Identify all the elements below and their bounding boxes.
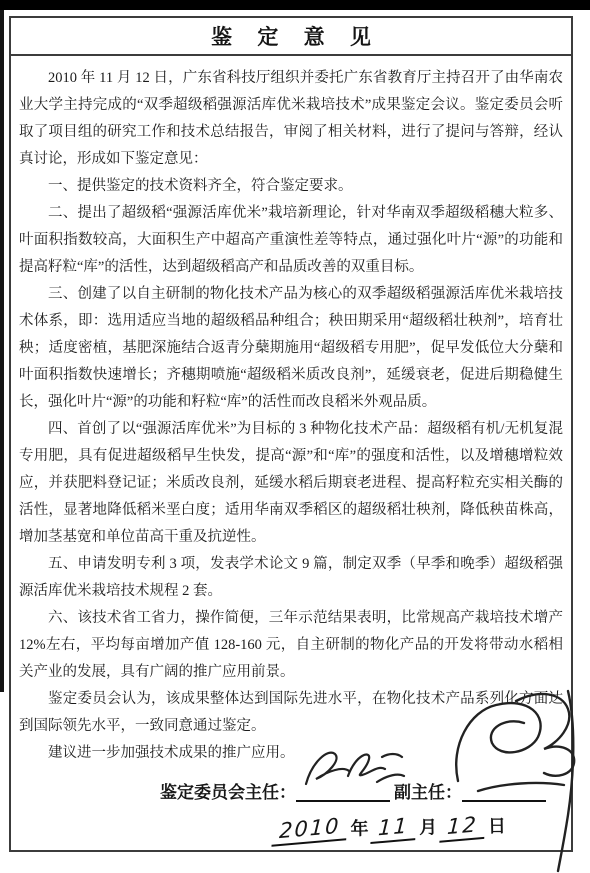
paragraph-item-6: 六、该技术省工省力，操作简便，三年示范结果表明，比常规高产栽培技术增产 12%左… xyxy=(19,605,563,686)
paragraph-item-4: 四、首创了以“强源活库优米”为目标的 3 种物化技术产品：超级稻有机/无机复混专… xyxy=(19,416,563,551)
scan-artifact-left-strip xyxy=(0,10,4,692)
date-day-unit: 日 xyxy=(488,816,506,836)
date-year-unit: 年 xyxy=(350,818,368,838)
date-year-value: 2010 xyxy=(271,813,348,847)
page-title: 鉴 定 意 见 xyxy=(201,21,381,51)
paragraph-conclusion: 鉴定委员会认为，该成果整体达到国际先进水平，在物化技术产品系列化方面达到国际领先… xyxy=(19,686,563,740)
date-month-value: 11 xyxy=(371,813,417,844)
paragraph-recommendation: 建议进一步加强技术成果的推广应用。 xyxy=(19,740,563,767)
date-month-unit: 月 xyxy=(419,817,437,837)
vice-chairman-signature-line xyxy=(462,784,546,802)
paragraph-intro: 2010 年 11 月 12 日，广东省科技厅组织并委托广东省教育厅主持召开了由… xyxy=(19,65,563,173)
paragraph-item-5: 五、申请发明专利 3 项，发表学术论文 9 篇，制定双季（早季和晚季）超级稻强源… xyxy=(19,551,563,605)
chairman-signature-line xyxy=(296,784,390,802)
chairman-label: 鉴定委员会主任： xyxy=(160,783,296,802)
paragraph-item-3: 三、创建了以自主研制的物化技术产品为核心的双季超级稻强源活库优米栽培技术体系，即… xyxy=(19,281,563,416)
paragraph-item-1: 一、提供鉴定的技术资料齐全，符合鉴定要求。 xyxy=(19,173,563,200)
signature-row: 鉴定委员会主任：副主任： xyxy=(160,778,546,803)
date-day-value: 12 xyxy=(440,812,486,843)
appraisal-document-frame: 鉴 定 意 见 2010 年 11 月 12 日，广东省科技厅组织并委托广东省教… xyxy=(9,16,573,852)
scan-artifact-top-bar xyxy=(0,0,590,10)
date-row: 2010年11月12日 xyxy=(272,812,509,844)
title-box: 鉴 定 意 见 xyxy=(11,18,571,56)
paragraph-item-2: 二、提出了超级稻“强源活库优米”栽培新理论，针对华南双季超级稻穗大粒多、叶面积指… xyxy=(19,200,563,281)
document-body: 2010 年 11 月 12 日，广东省科技厅组织并委托广东省教育厅主持召开了由… xyxy=(11,56,571,767)
vice-chairman-label: 副主任： xyxy=(394,783,462,802)
